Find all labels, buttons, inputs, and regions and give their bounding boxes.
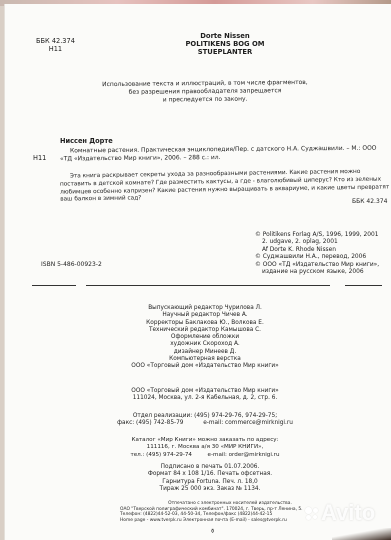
author-heading: Ниссен Дорте [60,138,113,146]
record-author-mark: Н11 [33,155,46,163]
notice-line: и преследуется по закону. [65,95,345,106]
divider [32,285,76,286]
sales-email: e-mail: commerce@mirknigi.ru [203,420,293,426]
book-page: ББК 42.374 Н11 Dorte Nissen POLITIKENS B… [4,4,391,540]
credit-line: Оформление обложки [105,334,305,341]
catalog-address: 111116, г. Москва а/я 30 «МИР КНИГИ», [95,444,315,451]
sales-fax: факс: (495) 742-85-79 [117,420,183,426]
print-info-line: Гарнитура Fortuna. Печ. л. 18,0 [105,479,315,486]
isbn: ISBN 5-486-00923-2 [41,261,102,269]
copyrights-block: © Politikens Forlag A/S, 1996, 1999, 200… [255,232,379,276]
original-author: Dorte Nissen [155,32,295,40]
credit-line: художник Скороход А. [105,341,305,348]
copyright-notice: Использование текста и иллюстраций, в то… [65,79,345,106]
publisher-block: ООО «Торговый дом «Издательство Мир книг… [105,388,305,403]
print-info-line: Подписано в печать 01.07.2006. [105,464,315,471]
catalog-line: Каталог «Мир Книги» можно заказать по ад… [95,437,315,444]
bbk-block: ББК 42.374 Н11 [36,37,75,53]
sales-phones: Отдел реализации: (495) 974-29-76, 974-2… [95,413,315,420]
copyright-line: издание на русском языке, 2006 [255,269,379,276]
copyright-line: © ООО «ТД «Издательство Мир книги», [255,262,379,269]
divider [345,285,382,286]
sales-contacts: Отдел реализации: (495) 974-29-76, 974-2… [95,413,315,428]
copyright-line: © Суджашвили Н.А., перевод, 2006 [255,254,379,261]
avito-logo-icon [305,507,319,521]
divider [86,285,330,286]
catalog-phone: тел.: (495) 974-29-74 [130,452,192,458]
credit-line: ООО «Торговый дом «Издательство Мир книг… [105,363,305,370]
print-info-line: Тираж 25 000 экз. Заказ № 1134. [105,486,315,493]
original-title-block: Dorte Nissen POLITIKENS BOG OM STUEPLANT… [155,32,295,57]
credit-line: Научный редактор Чичев А. [105,312,305,319]
original-title-line1: POLITIKENS BOG OM [155,40,295,48]
bibliographic-description: Комнатные растения. Практическая энцикло… [60,145,390,164]
record-bbk-code: ББК 42.374 [352,198,387,206]
original-title-line2: STUEPLANTER [155,48,295,56]
staff-credits: Выпускающий редактор Чурилова Л. Научный… [105,305,305,371]
watermark-text: Avito [321,500,375,525]
credit-line: дизайнер Минеев Д. [105,349,305,356]
printer-logo-icon: ⚱ [210,528,215,536]
copyright-line: 2. udgave, 2. oplag, 2001 [255,239,379,246]
bbk-code: ББК 42.374 [36,37,75,45]
annotation: Эта книга раскрывает секреты ухода за ра… [60,168,391,204]
author-mark: Н11 [36,45,75,53]
page-curl-shadow [332,528,391,540]
publisher-name: ООО «Торговый дом «Издательство Мир книг… [105,388,305,395]
catalog-order-info: Каталог «Мир Книги» можно заказать по ад… [95,437,315,459]
catalog-email: e-mail: order@mirknigi.ru [208,452,280,458]
credit-line: Технический редактор Камышова С. [105,327,305,334]
copyright-line: © Politikens Forlag A/S, 1996, 1999, 200… [255,232,379,239]
credit-line: Корректоры Баклакова Ю., Волкова Е. [105,320,305,327]
watermark: Avito [305,500,375,526]
publisher-address: 111024, Москва, ул. 2-я Кабельная, д. 2,… [105,395,305,402]
print-info-line: Формат 84 x 108 1/16. Печать офсетная. [105,471,315,478]
print-info: Подписано в печать 01.07.2006. Формат 84… [105,464,315,494]
